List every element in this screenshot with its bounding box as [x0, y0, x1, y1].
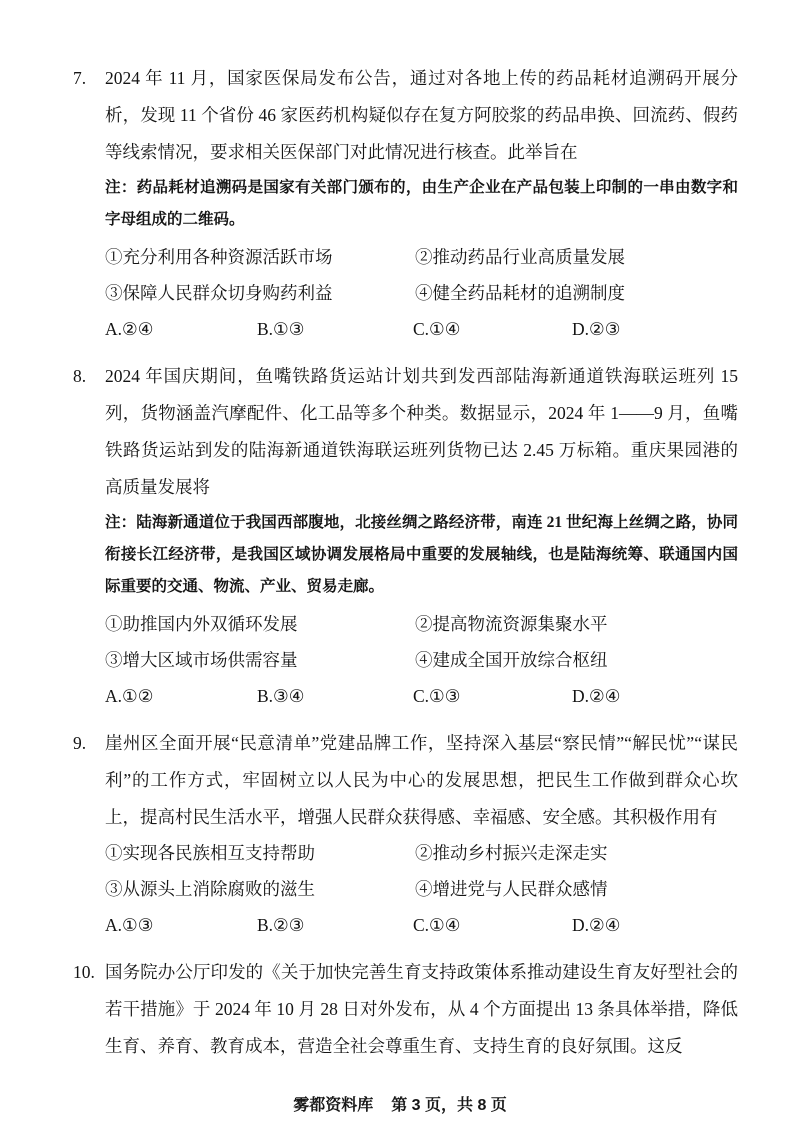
question-stem: 2024 年国庆期间，鱼嘴铁路货运站计划共到发西部陆海新通道铁海联运班列 15 …	[105, 358, 738, 506]
question-number: 9.	[73, 725, 105, 762]
statement-4: ④增进党与人民群众感情	[415, 872, 738, 908]
footer-site-name: 雾都资料库	[293, 1097, 373, 1114]
question-9: 9. 崖州区全面开展“民意清单”党建品牌工作，坚持深入基层“察民情”“解民忧”“…	[73, 725, 738, 944]
footer-page-number: 第 3 页，共 8 页	[391, 1097, 507, 1114]
statement-2: ②推动药品行业高质量发展	[415, 240, 738, 276]
statement-list: ①助推国内外双循环发展 ②提高物流资源集聚水平 ③增大区域市场供需容量 ④建成全…	[105, 607, 738, 678]
choice-c: C.①③	[413, 678, 572, 715]
statement-4: ④健全药品耗材的追溯制度	[415, 276, 738, 312]
question-10: 10. 国务院办公厅印发的《关于加快完善生育支持政策体系推动建设生育友好型社会的…	[73, 954, 738, 1065]
choice-b: B.①③	[257, 311, 413, 348]
choice-a: A.①②	[105, 678, 257, 715]
statement-1: ①助推国内外双循环发展	[105, 607, 415, 643]
question-stem: 国务院办公厅印发的《关于加快完善生育支持政策体系推动建设生育友好型社会的若干措施…	[105, 954, 738, 1065]
question-8: 8. 2024 年国庆期间，鱼嘴铁路货运站计划共到发西部陆海新通道铁海联运班列 …	[73, 358, 738, 715]
statement-3: ③保障人民群众切身购药利益	[105, 276, 415, 312]
choice-row: A.①③ B.②③ C.①④ D.②④	[105, 907, 738, 944]
statement-list: ①实现各民族相互支持帮助 ②推动乡村振兴走深走实 ③从源头上消除腐败的滋生 ④增…	[105, 836, 738, 907]
choice-d: D.②④	[572, 907, 738, 944]
choice-row: A.②④ B.①③ C.①④ D.②③	[105, 311, 738, 348]
choice-c: C.①④	[413, 311, 572, 348]
choice-a: A.②④	[105, 311, 257, 348]
question-stem: 崖州区全面开展“民意清单”党建品牌工作，坚持深入基层“察民情”“解民忧”“谋民利…	[105, 725, 738, 836]
question-number: 10.	[73, 954, 105, 991]
statement-list: ①充分利用各种资源活跃市场 ②推动药品行业高质量发展 ③保障人民群众切身购药利益…	[105, 240, 738, 311]
choice-a: A.①③	[105, 907, 257, 944]
question-stem: 2024 年 11 月，国家医保局发布公告，通过对各地上传的药品耗材追溯码开展分…	[105, 60, 738, 171]
question-note: 注：陆海新通道位于我国西部腹地，北接丝绸之路经济带，南连 21 世纪海上丝绸之路…	[105, 507, 738, 603]
choice-d: D.②④	[572, 678, 738, 715]
page-footer: 雾都资料库第 3 页，共 8 页	[0, 1092, 800, 1115]
exam-page: 7. 2024 年 11 月，国家医保局发布公告，通过对各地上传的药品耗材追溯码…	[0, 0, 800, 1131]
choice-c: C.①④	[413, 907, 572, 944]
question-note: 注：药品耗材追溯码是国家有关部门颁布的，由生产企业在产品包装上印制的一串由数字和…	[105, 172, 738, 236]
statement-2: ②提高物流资源集聚水平	[415, 607, 738, 643]
statement-2: ②推动乡村振兴走深走实	[415, 836, 738, 872]
choice-d: D.②③	[572, 311, 738, 348]
choice-b: B.③④	[257, 678, 413, 715]
question-number: 8.	[73, 358, 105, 395]
choice-row: A.①② B.③④ C.①③ D.②④	[105, 678, 738, 715]
statement-4: ④建成全国开放综合枢纽	[415, 643, 738, 679]
statement-1: ①充分利用各种资源活跃市场	[105, 240, 415, 276]
statement-3: ③从源头上消除腐败的滋生	[105, 872, 415, 908]
statement-1: ①实现各民族相互支持帮助	[105, 836, 415, 872]
choice-b: B.②③	[257, 907, 413, 944]
question-number: 7.	[73, 60, 105, 97]
question-7: 7. 2024 年 11 月，国家医保局发布公告，通过对各地上传的药品耗材追溯码…	[73, 60, 738, 348]
statement-3: ③增大区域市场供需容量	[105, 643, 415, 679]
